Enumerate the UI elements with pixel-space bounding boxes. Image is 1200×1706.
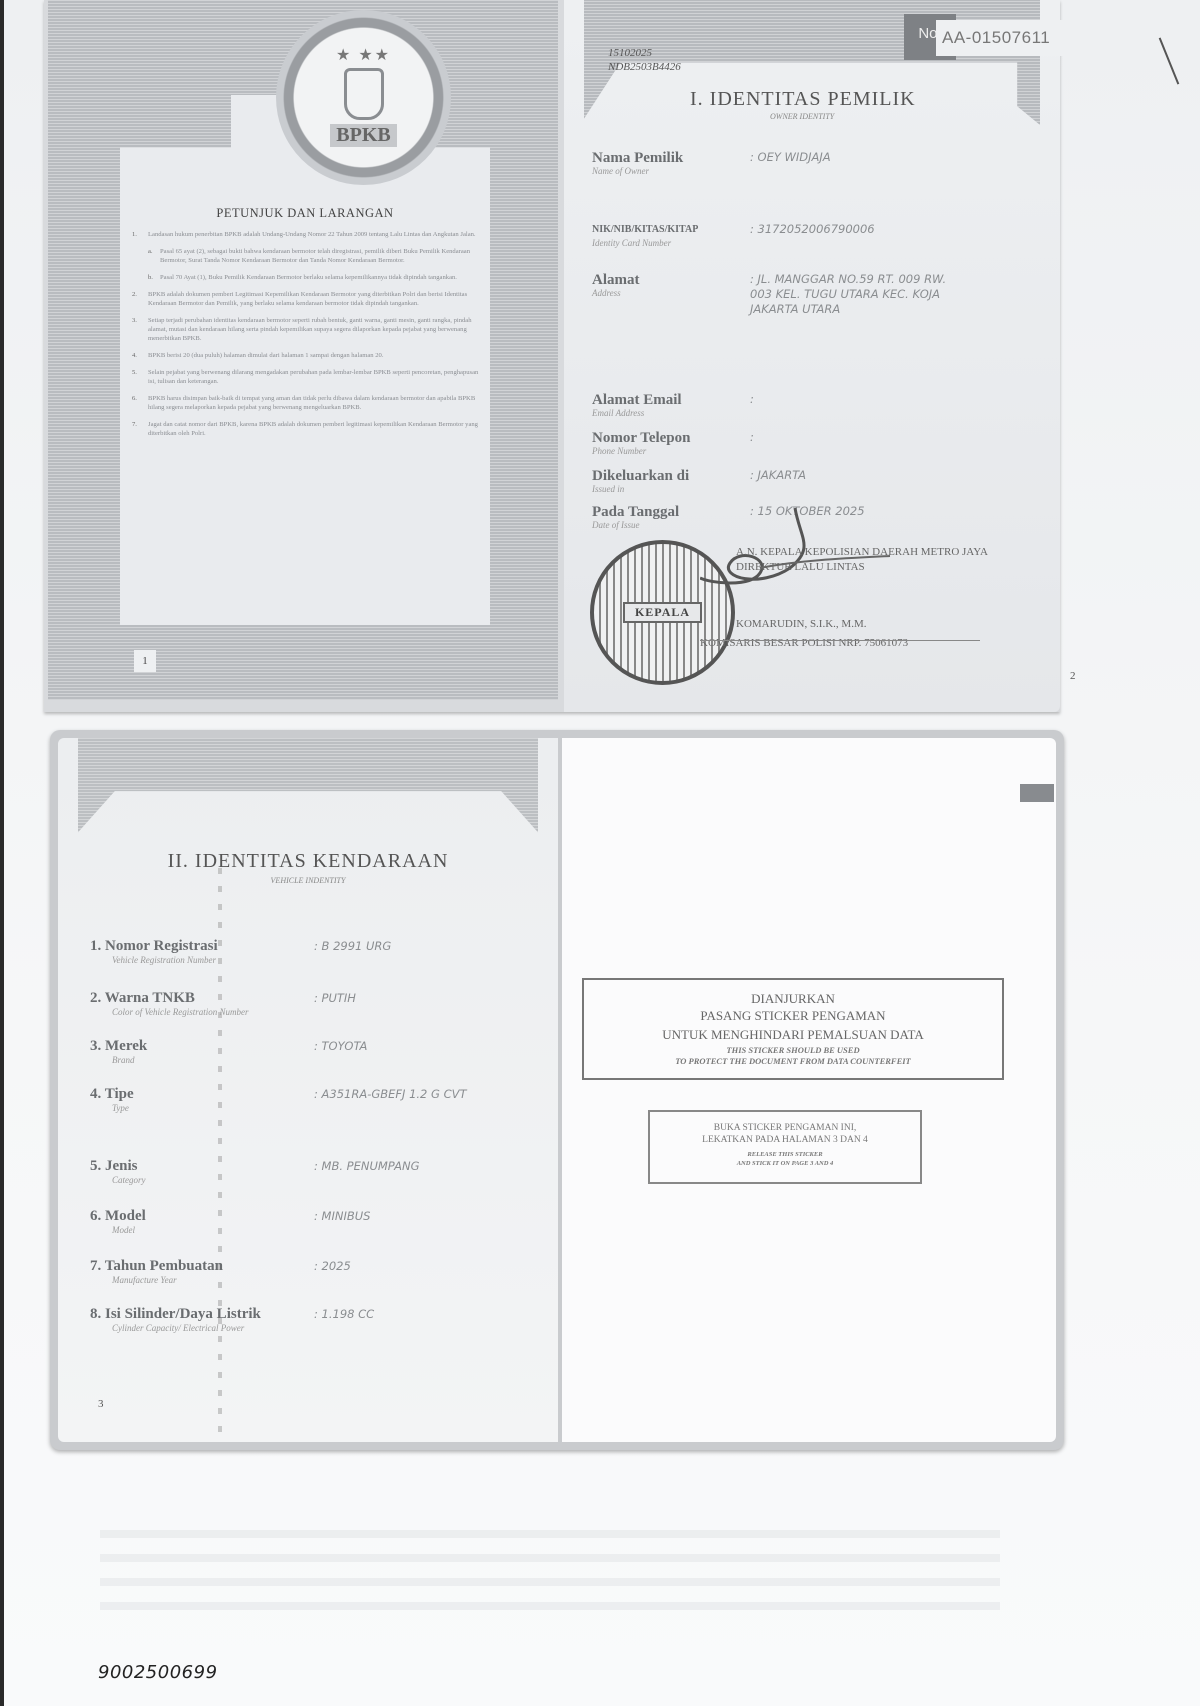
vehicle-field: 3. MerekBrand: TOYOTA: [90, 1038, 550, 1066]
field-label-en: Identity Card Number: [592, 238, 1062, 248]
field-label-en: Name of Owner: [592, 166, 1062, 176]
instruction-item: 5.Selain pejabat yang berwenang dilarang…: [132, 368, 482, 386]
instruction-text: Selain pejabat yang berwenang dilarang m…: [148, 368, 482, 386]
owner-identity-subheading: OWNER IDENTITY: [770, 112, 834, 121]
field-label-en: Cylinder Capacity/ Electrical Power: [90, 1323, 262, 1334]
instruction-text: Setiap terjadi perubahan identitas kenda…: [148, 316, 482, 343]
seal-text: BPKB: [330, 124, 396, 147]
instruction-number: 7.: [132, 420, 148, 438]
stamp-date: 15102025: [608, 46, 681, 60]
owner-field: NIK/NIB/KITAS/KITAPIdentity Card Number:…: [592, 222, 1062, 248]
field-value: : JL. MANGGAR NO.59 RT. 009 RW. 003 KEL.…: [750, 272, 1050, 317]
field-value: : A351RA-GBEFJ 1.2 G CVT: [314, 1086, 467, 1102]
instructions-title: PETUNJUK DAN LARANGAN: [120, 206, 490, 221]
handwritten-reference: 9002500699: [98, 1662, 218, 1683]
release-en2: AND STICK IT ON PAGE 3 AND 4: [650, 1159, 920, 1168]
release-line1: BUKA STICKER PENGAMAN INI,: [650, 1122, 920, 1134]
instruction-text: BPKB berisi 20 (dua puluh) halaman dimul…: [148, 351, 384, 360]
field-label-en: Manufacture Year: [90, 1275, 262, 1286]
instruction-subitem: a.Pasal 65 ayat (2), sebagai bukti bahwa…: [148, 247, 482, 265]
instruction-number: 4.: [132, 351, 148, 360]
page-4: DIANJURKAN PASANG STICKER PENGAMAN UNTUK…: [562, 738, 1056, 1442]
field-label-en: Email Address: [592, 408, 1062, 418]
page-number: 3: [98, 1398, 104, 1410]
field-value: : MINIBUS: [314, 1208, 370, 1224]
instruction-subitem: b.Pasal 70 Ayat (1), Buku Pemilik Kendar…: [148, 273, 482, 282]
pen-mark: [1159, 37, 1180, 84]
owner-field: Nomor TeleponPhone Number:: [592, 430, 1062, 456]
instruction-item: 7.Jagat dan catat nomor dari BPKB, karen…: [132, 420, 482, 438]
field-label-en: Brand: [90, 1055, 262, 1066]
owner-identity-heading: I. IDENTITAS PEMILIK: [690, 88, 916, 111]
instruction-item: 1.Landasan hukum penerbitan BPKB adalah …: [132, 230, 482, 239]
signatory-name: KOMARUDIN, S.I.K., M.M.: [690, 617, 1050, 632]
page-number: 1: [134, 650, 156, 672]
registration-stamp: 15102025 NDB2503B4426: [608, 46, 681, 74]
field-label-en: Model: [90, 1225, 262, 1236]
vehicle-field: 8. Isi Silinder/Daya ListrikCylinder Cap…: [90, 1306, 550, 1334]
instruction-text: Landasan hukum penerbitan BPKB adalah Un…: [148, 230, 476, 239]
bleed-through-text: [100, 1530, 1000, 1610]
owner-field: Alamat EmailEmail Address:: [592, 392, 1062, 418]
instruction-item: 2.BPKB adalah dokumen pemberi Legitimasi…: [132, 290, 482, 308]
owner-field: Dikeluarkan diIssued in: JAKARTA: [592, 468, 1062, 494]
instructions-list: 1.Landasan hukum penerbitan BPKB adalah …: [132, 230, 482, 446]
signatory-rank: KOMISARIS BESAR POLISI NRP. 75061073: [690, 636, 1050, 651]
notice-en1: THIS STICKER SHOULD BE USED: [584, 1045, 1002, 1056]
stamp-code: NDB2503B4426: [608, 60, 681, 74]
signatory-line2: DIREKTUR LALU LINTAS: [690, 560, 1050, 575]
owner-field: AlamatAddress: JL. MANGGAR NO.59 RT. 009…: [592, 272, 1062, 298]
notice-line3: UNTUK MENGHINDARI PEMALSUAN DATA: [584, 1025, 1002, 1045]
instruction-item: 6.BPKB harus disimpan baik-baik di tempa…: [132, 394, 482, 412]
instruction-item: 3.Setiap terjadi perubahan identitas ken…: [132, 316, 482, 343]
field-value: : MB. PENUMPANG: [314, 1158, 420, 1174]
owner-field: Nama PemilikName of Owner: OEY WIDJAJA: [592, 150, 1062, 176]
vehicle-field: 5. JenisCategory: MB. PENUMPANG: [90, 1158, 550, 1186]
vehicle-field: 1. Nomor RegistrasiVehicle Registration …: [90, 938, 550, 966]
field-value: : JAKARTA: [750, 468, 1050, 483]
field-value: : 1.198 CC: [314, 1306, 374, 1322]
vehicle-identity-heading: II. IDENTITAS KENDARAAN: [58, 850, 558, 873]
stars-icon: ★ ★★: [336, 48, 391, 64]
instruction-number: 5.: [132, 368, 148, 386]
field-label-en: Vehicle Registration Number: [90, 955, 262, 966]
bpkb-spread-pages-3-4: II. IDENTITAS KENDARAAN VEHICLE INDENTIT…: [50, 730, 1064, 1450]
field-label-en: Issued in: [592, 484, 1062, 494]
field-value: : 2025: [314, 1258, 351, 1274]
serial-number: AA-01507611: [936, 20, 1102, 56]
page-1: ★ ★★ BPKB PETUNJUK DAN LARANGAN 1.Landas…: [48, 0, 558, 700]
page-3: II. IDENTITAS KENDARAAN VEHICLE INDENTIT…: [58, 738, 558, 1442]
field-label-en: Phone Number: [592, 446, 1062, 456]
vehicle-field: 4. TipeType: A351RA-GBEFJ 1.2 G CVT: [90, 1086, 550, 1114]
vehicle-field: 6. ModelModel: MINIBUS: [90, 1208, 550, 1236]
page-tab: [1020, 784, 1054, 802]
field-value: : B 2991 URG: [314, 938, 391, 954]
field-label-en: Category: [90, 1175, 262, 1186]
page-number: 2: [1070, 670, 1076, 682]
instruction-text: Jagat dan catat nomor dari BPKB, karena …: [148, 420, 482, 438]
field-value: : PUTIH: [314, 990, 356, 1006]
instruction-item: 4.BPKB berisi 20 (dua puluh) halaman dim…: [132, 351, 482, 360]
vehicle-field: 7. Tahun PembuatanManufacture Year: 2025: [90, 1258, 550, 1286]
field-label-en: Type: [90, 1103, 262, 1114]
field-value: :: [750, 430, 1050, 445]
notice-line1: DIANJURKAN: [584, 990, 1002, 1007]
vehicle-field: 2. Warna TNKBColor of Vehicle Registrati…: [90, 990, 550, 1018]
release-line2: LEKATKAN PADA HALAMAN 3 DAN 4: [650, 1134, 920, 1146]
bpkb-seal-logo: ★ ★★ BPKB: [276, 10, 451, 185]
notice-en2: TO PROTECT THE DOCUMENT FROM DATA COUNTE…: [584, 1056, 1002, 1067]
notice-line2: PASANG STICKER PENGAMAN: [584, 1007, 1002, 1025]
release-sticker-box: BUKA STICKER PENGAMAN INI, LEKATKAN PADA…: [648, 1110, 922, 1184]
scan-edge: [0, 0, 4, 1706]
signatory-line1: A.N. KEPALA KEPOLISIAN DAERAH METRO JAYA: [690, 545, 1050, 560]
instruction-number: 1.: [132, 230, 148, 239]
instruction-number: 6.: [132, 394, 148, 412]
release-en1: RELEASE THIS STICKER: [650, 1150, 920, 1159]
signature-line: [700, 640, 980, 641]
field-value: :: [750, 392, 1050, 407]
field-value: : TOYOTA: [314, 1038, 367, 1054]
signatory-block: A.N. KEPALA KEPOLISIAN DAERAH METRO JAYA…: [690, 545, 1050, 651]
instruction-number: 3.: [132, 316, 148, 343]
police-emblem-icon: [344, 68, 384, 120]
field-value: : OEY WIDJAJA: [750, 150, 1050, 165]
instruction-text: BPKB harus disimpan baik-baik di tempat …: [148, 394, 482, 412]
instruction-text: BPKB adalah dokumen pemberi Legitimasi K…: [148, 290, 482, 308]
field-value: : 3172052006790006: [750, 222, 1050, 237]
field-label-en: Color of Vehicle Registration Number: [90, 1007, 262, 1018]
security-sticker-notice: DIANJURKAN PASANG STICKER PENGAMAN UNTUK…: [582, 978, 1004, 1080]
vehicle-identity-subheading: VEHICLE INDENTITY: [58, 876, 558, 885]
scanned-sheet: ★ ★★ BPKB PETUNJUK DAN LARANGAN 1.Landas…: [0, 0, 1200, 1706]
instruction-number: 2.: [132, 290, 148, 308]
